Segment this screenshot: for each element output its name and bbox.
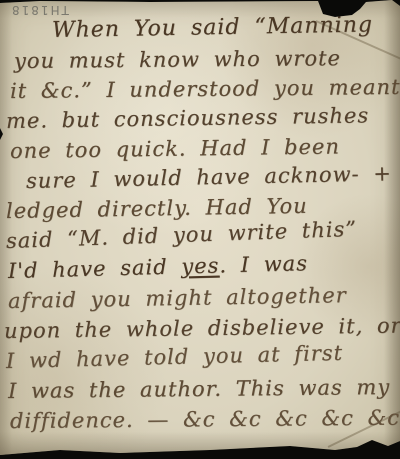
letter-lines: When You said “Manningyou must know who …	[0, 16, 400, 436]
letter-paper: TH1818 When You said “Manningyou must kn…	[0, 0, 400, 459]
underlined-word: yes	[181, 253, 220, 278]
scan-background: TH1818 When You said “Manningyou must kn…	[0, 0, 400, 459]
handwritten-line: When You said “Manning	[52, 10, 400, 46]
handwritten-line: I was the author. This was my	[8, 372, 400, 406]
handwritten-line: you must know who wrote	[14, 43, 400, 76]
handwritten-line: diffidence. — &c &c &c &c &c.	[10, 403, 400, 436]
